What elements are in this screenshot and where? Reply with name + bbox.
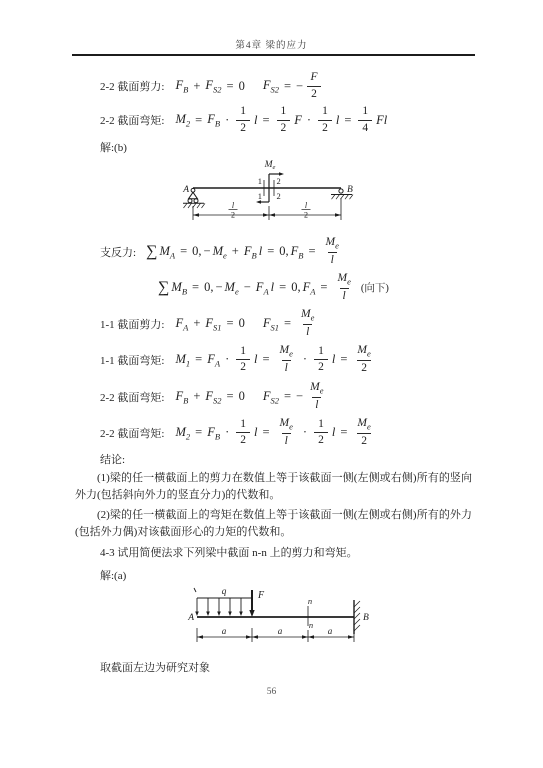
header-rule bbox=[72, 54, 475, 56]
section-2-top-label: 2 bbox=[277, 176, 281, 186]
section-2-bottom-label: 2 bbox=[277, 191, 281, 201]
formula-body: M1=FA·12l=Mel·12l=Me2 bbox=[174, 345, 376, 374]
svg-text:2: 2 bbox=[231, 211, 235, 220]
svg-text:2: 2 bbox=[304, 211, 308, 220]
force-f-label: F bbox=[257, 590, 265, 601]
dim-a-3: a bbox=[328, 626, 333, 636]
force-f-arrow: F bbox=[249, 590, 265, 617]
analysis-note: 取截面左边为研究对象 bbox=[100, 660, 210, 677]
formula-body: FB+FS2=0FS2=−F2 bbox=[174, 72, 323, 100]
formula-body: M2=FB·12l=12F·12l=14Fl bbox=[174, 106, 388, 134]
formula-support-reactions: 支反力:∑MA=0,−Me+FBl=0,FB=Mel bbox=[100, 235, 345, 269]
formula-body: ∑MA=0,−Me+FBl=0,FB=Mel bbox=[146, 237, 345, 266]
dim-fraction-right: l 2 bbox=[302, 201, 311, 220]
stray-tick bbox=[194, 588, 196, 592]
formula-shear-2-2-case-a: 2-2 截面剪力:FB+FS2=0FS2=−F2 bbox=[100, 69, 324, 103]
section-n-bottom-label: n bbox=[309, 620, 313, 630]
formula-moment-1-1: 1-1 截面弯矩:M1=FA·12l=Mel·12l=Me2 bbox=[100, 343, 377, 377]
problem-4-3-statement: 4-3 试用简便法求下列梁中截面 n-n 上的剪力和弯矩。 bbox=[100, 545, 358, 562]
section-n-top-label: n bbox=[308, 596, 312, 606]
support-a-label: A bbox=[182, 185, 189, 195]
chapter-header: 第4章 梁的应力 bbox=[0, 37, 543, 51]
conclusion-paragraph-1: (1)梁的任一横截面上的剪力在数值上等于该截面一侧(左侧或右侧)所有的竖向外力(… bbox=[75, 470, 472, 504]
document-page: 第4章 梁的应力 2-2 截面剪力:FB+FS2=0FS2=−F2 2-2 截面… bbox=[0, 0, 543, 768]
formula-shear-2-2: 2-2 截面弯矩:FB+FS2=0FS2=−Mel bbox=[100, 380, 329, 414]
dimension-lines bbox=[193, 198, 341, 220]
dim-fraction-left: l 2 bbox=[229, 201, 238, 220]
formula-label: 支反力: bbox=[100, 244, 136, 260]
conclusion-paragraph-2: (2)梁的任一横截面上的弯矩在数值上等于该截面一侧(左侧或右侧)所有的外力(包括… bbox=[75, 507, 472, 541]
formula-body: FA+FS1=0FS1=Mel bbox=[174, 309, 320, 338]
support-b-label: B bbox=[347, 185, 353, 195]
formula-label: 2-2 截面弯矩: bbox=[100, 389, 164, 405]
moment-label: Me bbox=[264, 160, 276, 171]
end-a-label: A bbox=[187, 613, 194, 623]
formula-moment-2-2-case-a: 2-2 截面弯矩:M2=FB·12l=12F·12l=14Fl bbox=[100, 103, 388, 137]
formula-support-reactions-2: ∑MB=0,−Me−FAl=0,FA=Mel(向下) bbox=[158, 271, 389, 305]
distributed-load-arrows: q bbox=[195, 587, 252, 616]
formula-body: M2=FB·12l=Mel·12l=Me2 bbox=[174, 418, 376, 447]
dim-a-2: a bbox=[278, 626, 283, 636]
solution-b-label: 解:(b) bbox=[100, 140, 127, 157]
formula-body: ∑MB=0,−Me−FAl=0,FA=Mel(向下) bbox=[158, 273, 389, 302]
formula-moment-2-2: 2-2 截面弯矩:M2=FB·12l=Mel·12l=Me2 bbox=[100, 416, 377, 450]
beam-diagram-2: A q F bbox=[172, 582, 432, 652]
formula-label: 2-2 截面剪力: bbox=[100, 78, 164, 94]
svg-text:l: l bbox=[232, 201, 235, 210]
load-q-label: q bbox=[222, 587, 227, 597]
solution-a-label: 解:(a) bbox=[100, 568, 126, 585]
formula-body: FB+FS2=0FS2=−Mel bbox=[174, 382, 329, 411]
formula-shear-1-1: 1-1 截面剪力:FA+FS1=0FS1=Mel bbox=[100, 307, 320, 341]
formula-label: 1-1 截面剪力: bbox=[100, 316, 164, 332]
fixed-wall-support-icon bbox=[354, 600, 360, 634]
conclusion-heading: 结论: bbox=[100, 452, 125, 469]
section-1-bottom-label: 1 bbox=[258, 191, 262, 201]
section-1-top-label: 1 bbox=[258, 176, 262, 186]
end-b-label: B bbox=[363, 613, 369, 623]
formula-label: 1-1 截面弯矩: bbox=[100, 352, 164, 368]
svg-text:l: l bbox=[305, 201, 308, 210]
formula-label: 2-2 截面弯矩: bbox=[100, 112, 164, 128]
formula-label: 2-2 截面弯矩: bbox=[100, 425, 164, 441]
page-number: 56 bbox=[0, 687, 543, 697]
beam-diagram-1: A B bbox=[176, 152, 376, 234]
dim-a-1: a bbox=[222, 626, 227, 636]
